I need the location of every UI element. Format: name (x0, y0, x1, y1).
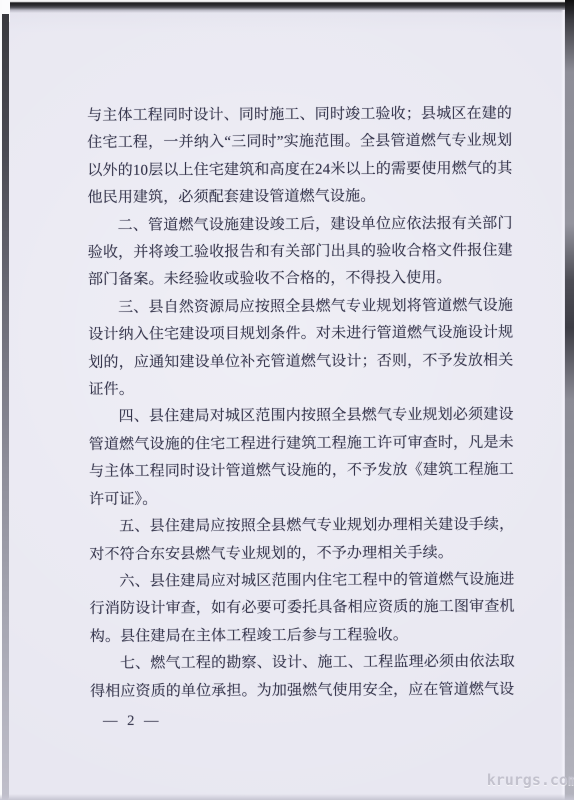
page-number: — 2 — (103, 713, 162, 730)
document-body: 与主体工程同时设计、同时施工、同时竣工验收；县城区在建的住宅工程，一并纳入“三同… (87, 101, 515, 706)
paragraph: 七、燃气工程的勘察、设计、施工、工程监理必须由依法取得相应资质的单位承担。为加强… (90, 649, 515, 706)
scan-edge-left-shadow (2, 14, 9, 800)
paragraph: 三、县自然资源局应按照全县燃气专业规划将管道燃气设施设计纳入住宅建设项目规划条件… (88, 293, 514, 405)
paragraph: 四、县住建局对城区范围内按照全县燃气专业规划必须建设管道燃气设施的住宅工程进行建… (89, 402, 515, 514)
scan-edge-bottom (0, 794, 574, 800)
scanned-document-page: 与主体工程同时设计、同时施工、同时竣工验收；县城区在建的住宅工程，一并纳入“三同… (0, 0, 574, 800)
paragraph: 六、县住建局应对城区范围内住宅工程中的管道燃气设施进行消防设计审查，如有必要可委… (89, 567, 514, 651)
watermark: krurgs.com (487, 771, 574, 789)
paragraph: 二、管道燃气设施建设竣工后，建设单位应依法报有关部门验收，并将竣工验收报告和有关… (88, 210, 513, 294)
scan-edge-top (0, 0, 574, 13)
scan-edge-right (565, 0, 574, 800)
paragraph: 与主体工程同时设计、同时施工、同时竣工验收；县城区在建的住宅工程，一并纳入“三同… (87, 101, 513, 213)
paragraph: 五、县住建局应按照全县燃气专业规划办理相关建设手续，对不符合东安县燃气专业规划的… (89, 512, 514, 569)
